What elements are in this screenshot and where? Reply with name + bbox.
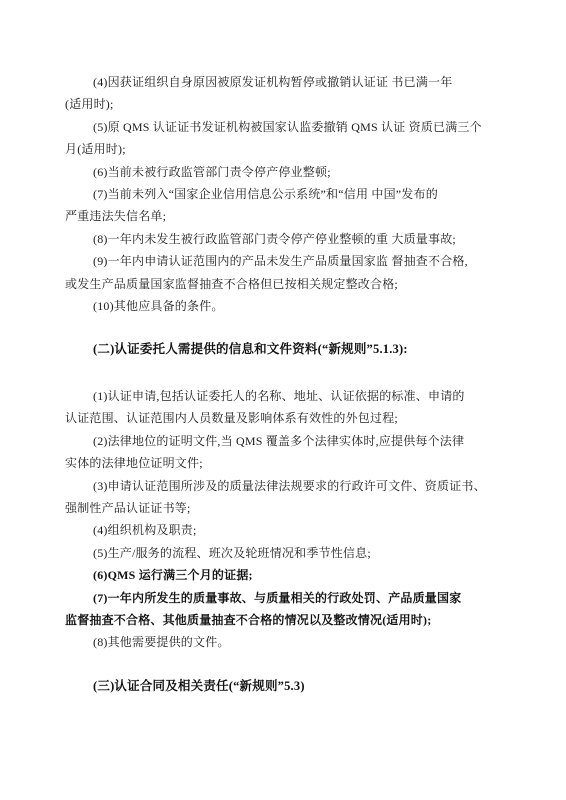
text-line: (4)因获证组织自身原因被原发证机构暂停或撤销认证证 书已满一年 bbox=[65, 71, 525, 93]
text-line: (9)一年内申请认证范围内的产品未发生产品质量国家监 督抽查不合格, bbox=[65, 250, 525, 272]
text-line: (4)组织机构及职责; bbox=[65, 519, 525, 541]
text-line: (适用时); bbox=[65, 93, 525, 115]
section-heading: (三)认证合同及相关责任(“新规则”5.3) bbox=[65, 675, 525, 697]
paragraph: (5)原 QMS 认证证书发证机构被国家认监委撤销 QMS 认证 资质已满三个月… bbox=[65, 116, 525, 161]
text-line: (10)其他应具备的条件。 bbox=[65, 295, 525, 317]
text-line: 认证范围、认证范围内人员数量及影响体系有效性的外包过程; bbox=[65, 407, 525, 429]
text-line: (3)申请认证范围所涉及的质量法律法规要求的行政许可文件、资质证书、 bbox=[65, 475, 525, 497]
text-line: (6)QMS 运行满三个月的证据; bbox=[65, 564, 525, 586]
paragraph: (8)其他需要提供的文件。 bbox=[65, 631, 525, 653]
paragraph: (7)当前未列入“国家企业信用信息公示系统”和“信用 中国”发布的严重违法失信名… bbox=[65, 183, 525, 228]
paragraph: (5)生产/服务的流程、班次及轮班情况和季节性信息; bbox=[65, 542, 525, 564]
text-line: 监督抽查不合格、其他质量抽查不合格的情况以及整改情况(适用时); bbox=[65, 609, 525, 631]
text-line: 严重违法失信名单; bbox=[65, 205, 525, 227]
paragraph: (8)一年内未发生被行政监管部门责令停产停业整顿的重 大质量事故; bbox=[65, 228, 525, 250]
paragraph: (1)认证申请,包括认证委托人的名称、地址、认证依据的标准、申请的认证范围、认证… bbox=[65, 385, 525, 430]
text-line: 或发生产品质量国家监督抽查不合格但已按相关规定整改合格; bbox=[65, 273, 525, 295]
paragraph: (10)其他应具备的条件。 bbox=[65, 295, 525, 317]
text-line: (三)认证合同及相关责任(“新规则”5.3) bbox=[65, 675, 525, 697]
text-line: (2)法律地位的证明文件,当 QMS 覆盖多个法律实体时,应提供每个法律 bbox=[65, 430, 525, 452]
paragraph: (6)QMS 运行满三个月的证据; bbox=[65, 564, 525, 586]
paragraph: (6)当前未被行政监管部门责令停产停业整顿; bbox=[65, 161, 525, 183]
paragraph: (4)因获证组织自身原因被原发证机构暂停或撤销认证证 书已满一年(适用时); bbox=[65, 71, 525, 116]
paragraph: (4)组织机构及职责; bbox=[65, 519, 525, 541]
text-line: (5)生产/服务的流程、班次及轮班情况和季节性信息; bbox=[65, 542, 525, 564]
text-line: 月(适用时); bbox=[65, 138, 525, 160]
text-line: (8)一年内未发生被行政监管部门责令停产停业整顿的重 大质量事故; bbox=[65, 228, 525, 250]
text-line: (8)其他需要提供的文件。 bbox=[65, 631, 525, 653]
text-line: (7)一年内所发生的质量事故、与质量相关的行政处罚、产品质量国家 bbox=[65, 587, 525, 609]
paragraph: (7)一年内所发生的质量事故、与质量相关的行政处罚、产品质量国家监督抽查不合格、… bbox=[65, 587, 525, 632]
paragraph: (3)申请认证范围所涉及的质量法律法规要求的行政许可文件、资质证书、强制性产品认… bbox=[65, 475, 525, 520]
text-line: 实体的法律地位证明文件; bbox=[65, 452, 525, 474]
paragraph: (2)法律地位的证明文件,当 QMS 覆盖多个法律实体时,应提供每个法律实体的法… bbox=[65, 430, 525, 475]
document-content: (4)因获证组织自身原因被原发证机构暂停或撤销认证证 书已满一年(适用时);(5… bbox=[65, 71, 525, 697]
text-line: (7)当前未列入“国家企业信用信息公示系统”和“信用 中国”发布的 bbox=[65, 183, 525, 205]
text-line: (5)原 QMS 认证证书发证机构被国家认监委撤销 QMS 认证 资质已满三个 bbox=[65, 116, 525, 138]
text-line: 强制性产品认证证书等; bbox=[65, 497, 525, 519]
paragraph: (9)一年内申请认证范围内的产品未发生产品质量国家监 督抽查不合格,或发生产品质… bbox=[65, 250, 525, 295]
section-heading: (二)认证委托人需提供的信息和文件资料(“新规则”5.1.3): bbox=[65, 338, 525, 360]
text-line: (6)当前未被行政监管部门责令停产停业整顿; bbox=[65, 161, 525, 183]
text-line: (二)认证委托人需提供的信息和文件资料(“新规则”5.1.3): bbox=[65, 338, 525, 360]
document-page: (4)因获证组织自身原因被原发证机构暂停或撤销认证证 书已满一年(适用时);(5… bbox=[0, 0, 566, 800]
text-line: (1)认证申请,包括认证委托人的名称、地址、认证依据的标准、申请的 bbox=[65, 385, 525, 407]
